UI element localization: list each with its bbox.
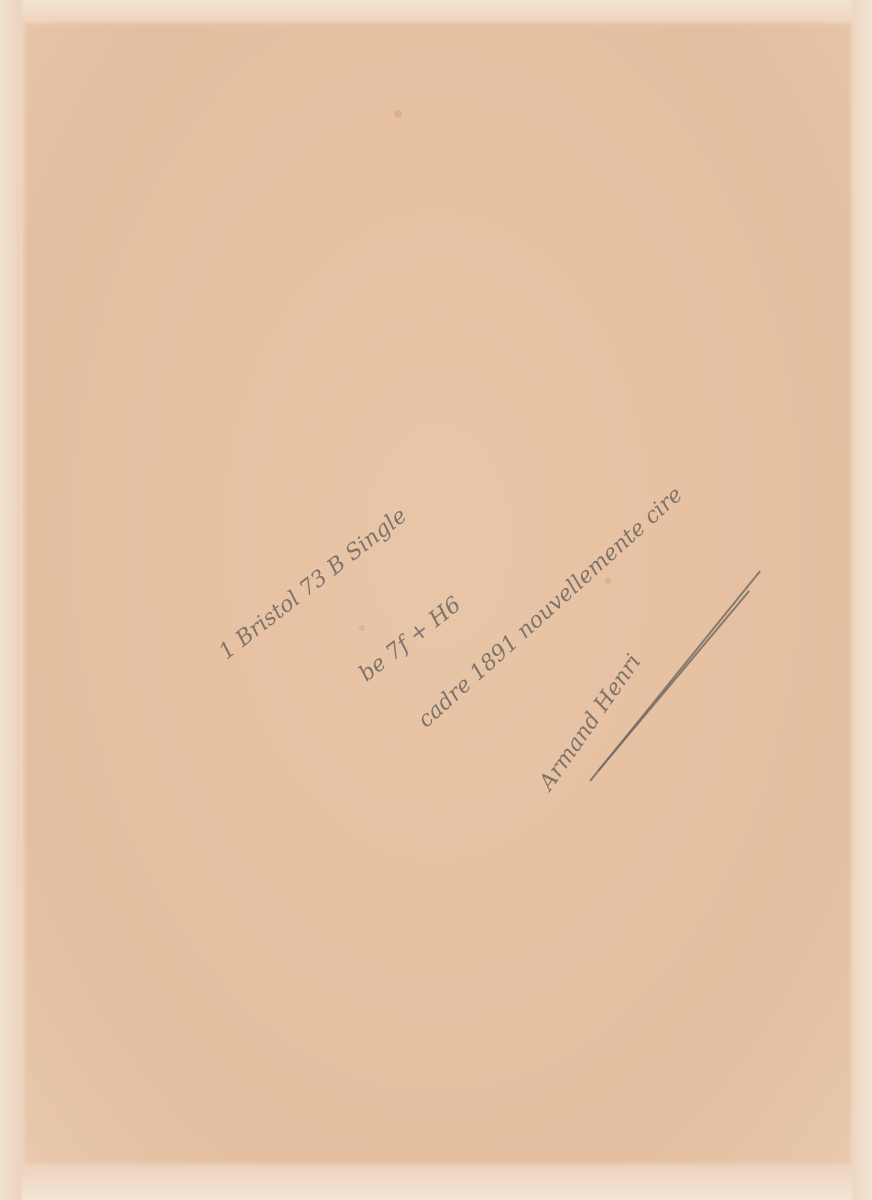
foxing-spot [359, 625, 365, 631]
paper-edge-bottom [0, 1160, 872, 1200]
paper-edge-right [850, 0, 872, 1200]
foxing-spot [605, 577, 611, 584]
foxing-spot [394, 110, 402, 118]
paper-edge-top [0, 0, 872, 24]
paper-sheet [22, 20, 854, 1168]
paper-edge-left [0, 0, 24, 1200]
